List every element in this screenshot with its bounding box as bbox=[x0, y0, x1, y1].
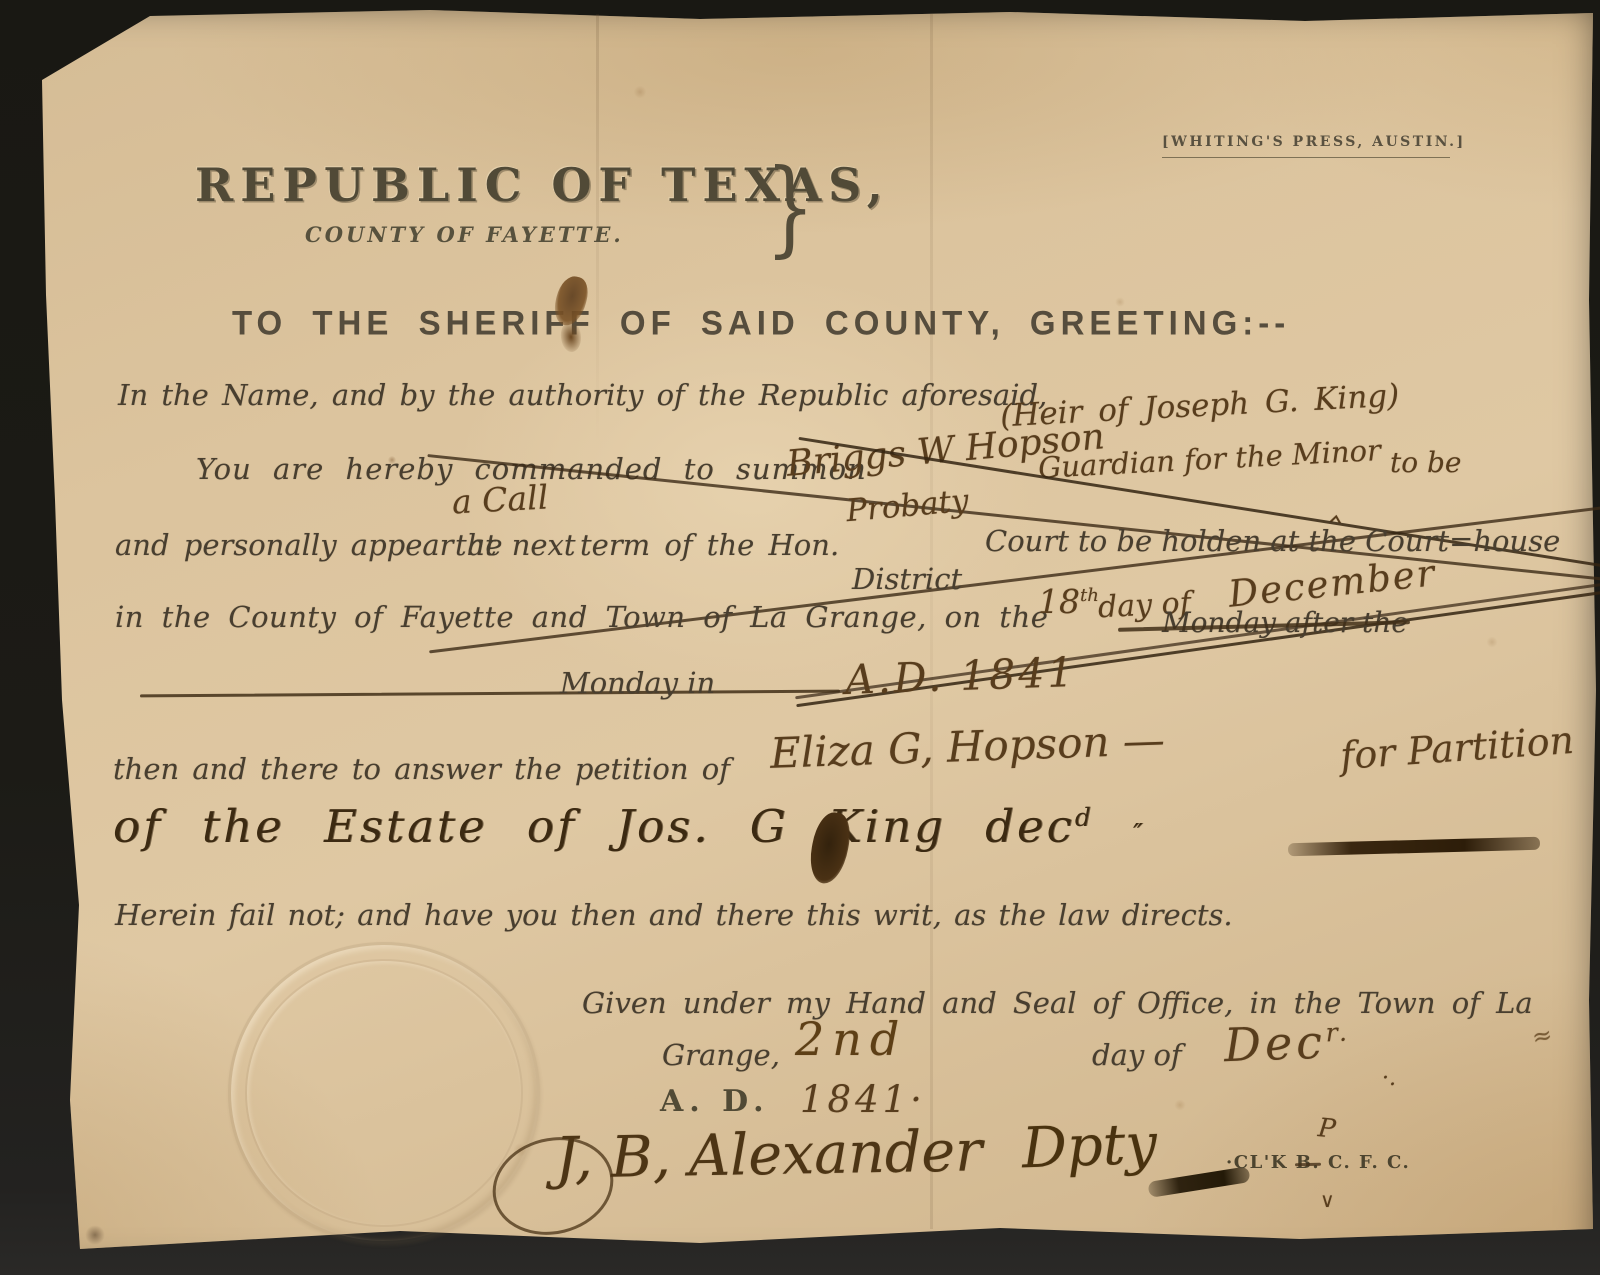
clerk-prefix: ·CL'K bbox=[1226, 1152, 1288, 1173]
clerk-correction-p: P bbox=[1316, 1113, 1337, 1145]
masthead-republic-of-texas: REPUBLIC OF TEXAS, bbox=[195, 158, 765, 212]
petition-printed: then and there to answer the petition of bbox=[113, 752, 730, 786]
estate-ditto-mark: ″ bbox=[1133, 819, 1146, 849]
date-day-number: 18 bbox=[1038, 582, 1080, 621]
day-of-label: day of bbox=[1092, 1038, 1182, 1072]
place-printed: in the County of Fayette and Town of La … bbox=[115, 600, 1048, 634]
estate-line: of the Estate of Jos. G King decd ″ bbox=[113, 800, 1146, 853]
monday-in-struck: Monday in bbox=[560, 666, 715, 700]
closing-month-dec: Decr. bbox=[1223, 1014, 1352, 1072]
scanned-document: [WHITING'S PRESS, AUSTIN.] REPUBLIC OF T… bbox=[0, 0, 1600, 1275]
estate-superscript: d bbox=[1075, 803, 1094, 832]
clerk-suffix: C. F. C. bbox=[1328, 1152, 1410, 1173]
signature-jb-alexander: J, B, Alexander bbox=[554, 1118, 982, 1191]
printer-imprint: [WHITING'S PRESS, AUSTIN.] bbox=[1162, 134, 1450, 158]
clerk-caret: ∨ bbox=[1320, 1188, 1335, 1212]
embossed-seal-inner-ring bbox=[245, 959, 523, 1227]
appear-printed-3: Court to be holden at the Court=house bbox=[985, 524, 1560, 558]
to-be-note: to be bbox=[1390, 446, 1462, 479]
fail-not-line: Herein fail not; and have you then and t… bbox=[115, 898, 1233, 932]
appear-printed-2: term of the Hon. bbox=[580, 528, 839, 562]
masthead-brace: } bbox=[765, 146, 815, 268]
salutation-heading: TO THE SHERIFF OF SAID COUNTY, GREETING:… bbox=[232, 303, 1290, 343]
appear-printed-1: and personally appear at bbox=[115, 528, 497, 562]
masthead-county-of-fayette: COUNTY OF FAYETTE. bbox=[305, 222, 624, 247]
grange-label: Grange, bbox=[662, 1038, 780, 1072]
closing-year-1841: 1841· bbox=[800, 1078, 926, 1121]
clerk-struck-letter: B. bbox=[1296, 1152, 1320, 1173]
date-day-suffix: th bbox=[1080, 585, 1099, 606]
clerk-printed-line: ·CL'K B. C. F. C. bbox=[1226, 1152, 1410, 1173]
year-ad-1841: A.D. 1841 bbox=[844, 648, 1077, 704]
authority-line: In the Name, and by the authority of the… bbox=[118, 378, 1047, 412]
insert-a-call: a Call bbox=[451, 478, 549, 522]
month-underdots: ·. bbox=[1382, 1066, 1396, 1091]
estate-text: of the Estate of Jos. G King dec bbox=[113, 800, 1075, 853]
closing-day-2nd: 2nd bbox=[795, 1012, 907, 1066]
month-superscript: r. bbox=[1325, 1017, 1351, 1047]
given-under-line: Given under my Hand and Seal of Office, … bbox=[582, 986, 1533, 1020]
signature-deputy: Dpty bbox=[1021, 1112, 1158, 1182]
month-text: Dec bbox=[1223, 1015, 1327, 1073]
date-day: 18th bbox=[1038, 582, 1099, 621]
ad-label: A. D. bbox=[660, 1084, 770, 1119]
